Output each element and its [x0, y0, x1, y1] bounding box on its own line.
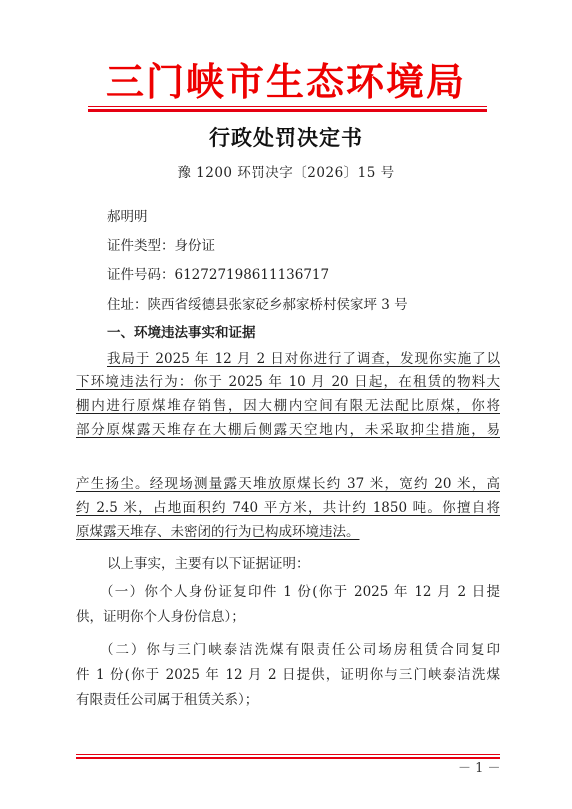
section-heading: 一、环境违法事实和证据: [107, 323, 256, 343]
footer-red-rule-thin: [76, 754, 500, 755]
header-red-rule-thin: [88, 106, 487, 107]
party-address: 住址：陕西省绥德县张家砭乡郝家桥村侯家坪 3 号: [107, 295, 408, 315]
facts-line: 棚内进行原煤堆存销售，因大棚内空间有限无法配比原煤，你将: [76, 396, 500, 416]
facts-line: 下环境违法行为：你于 2025 年 10 月 20 日起，在租赁的物料大: [76, 372, 500, 392]
party-name: 郝明明: [107, 207, 148, 227]
facts-line: 原煤露天堆存、未密闭的行为已构成环境违法。: [76, 522, 360, 542]
evidence-line: 件 1 份(你于 2025 年 12 月 2 日提供，证明你与三门峡泰洁洗煤: [76, 665, 500, 685]
evidence-line: （二）你与三门峡泰洁洗煤有限责任公司场房租赁合同复印: [100, 640, 500, 660]
party-id-type: 证件类型：身份证: [107, 236, 215, 256]
facts-line: 我局于 2025 年 12 月 2 日对你进行了调查，发现你实施了以: [107, 349, 500, 369]
facts-line: 约 2.5 米，占地面积约 740 平方米，共计约 1850 吨。你擅自将: [76, 498, 500, 518]
party-id-number: 证件号码：612727198611136717: [107, 265, 329, 285]
facts-line: 产生扬尘。经现场测量露天堆放原煤长约 37 米，宽约 20 米，高: [76, 474, 500, 494]
evidence-intro: 以上事实，主要有以下证据证明：: [107, 554, 310, 574]
facts-line: 部分原煤露天堆存在大棚后侧露天空地内，未采取抑尘措施，易: [76, 420, 500, 440]
header-red-rule-thick: [88, 109, 487, 112]
organization-title: 三门峡市生态环境局: [0, 60, 572, 104]
evidence-line: （一）你个人身份证复印件 1 份(你于 2025 年 12 月 2 日提: [100, 582, 500, 602]
evidence-line: 供，证明你个人身份信息）；: [76, 607, 245, 627]
page-number: － 1 －: [458, 760, 501, 778]
footer-red-rule-thick: [76, 757, 500, 759]
document-number: 豫 1200 环罚决字〔2026〕15 号: [0, 163, 572, 183]
evidence-line: 有限责任公司属于租赁关系）；: [76, 690, 258, 710]
document-title: 行政处罚决定书: [0, 124, 572, 152]
